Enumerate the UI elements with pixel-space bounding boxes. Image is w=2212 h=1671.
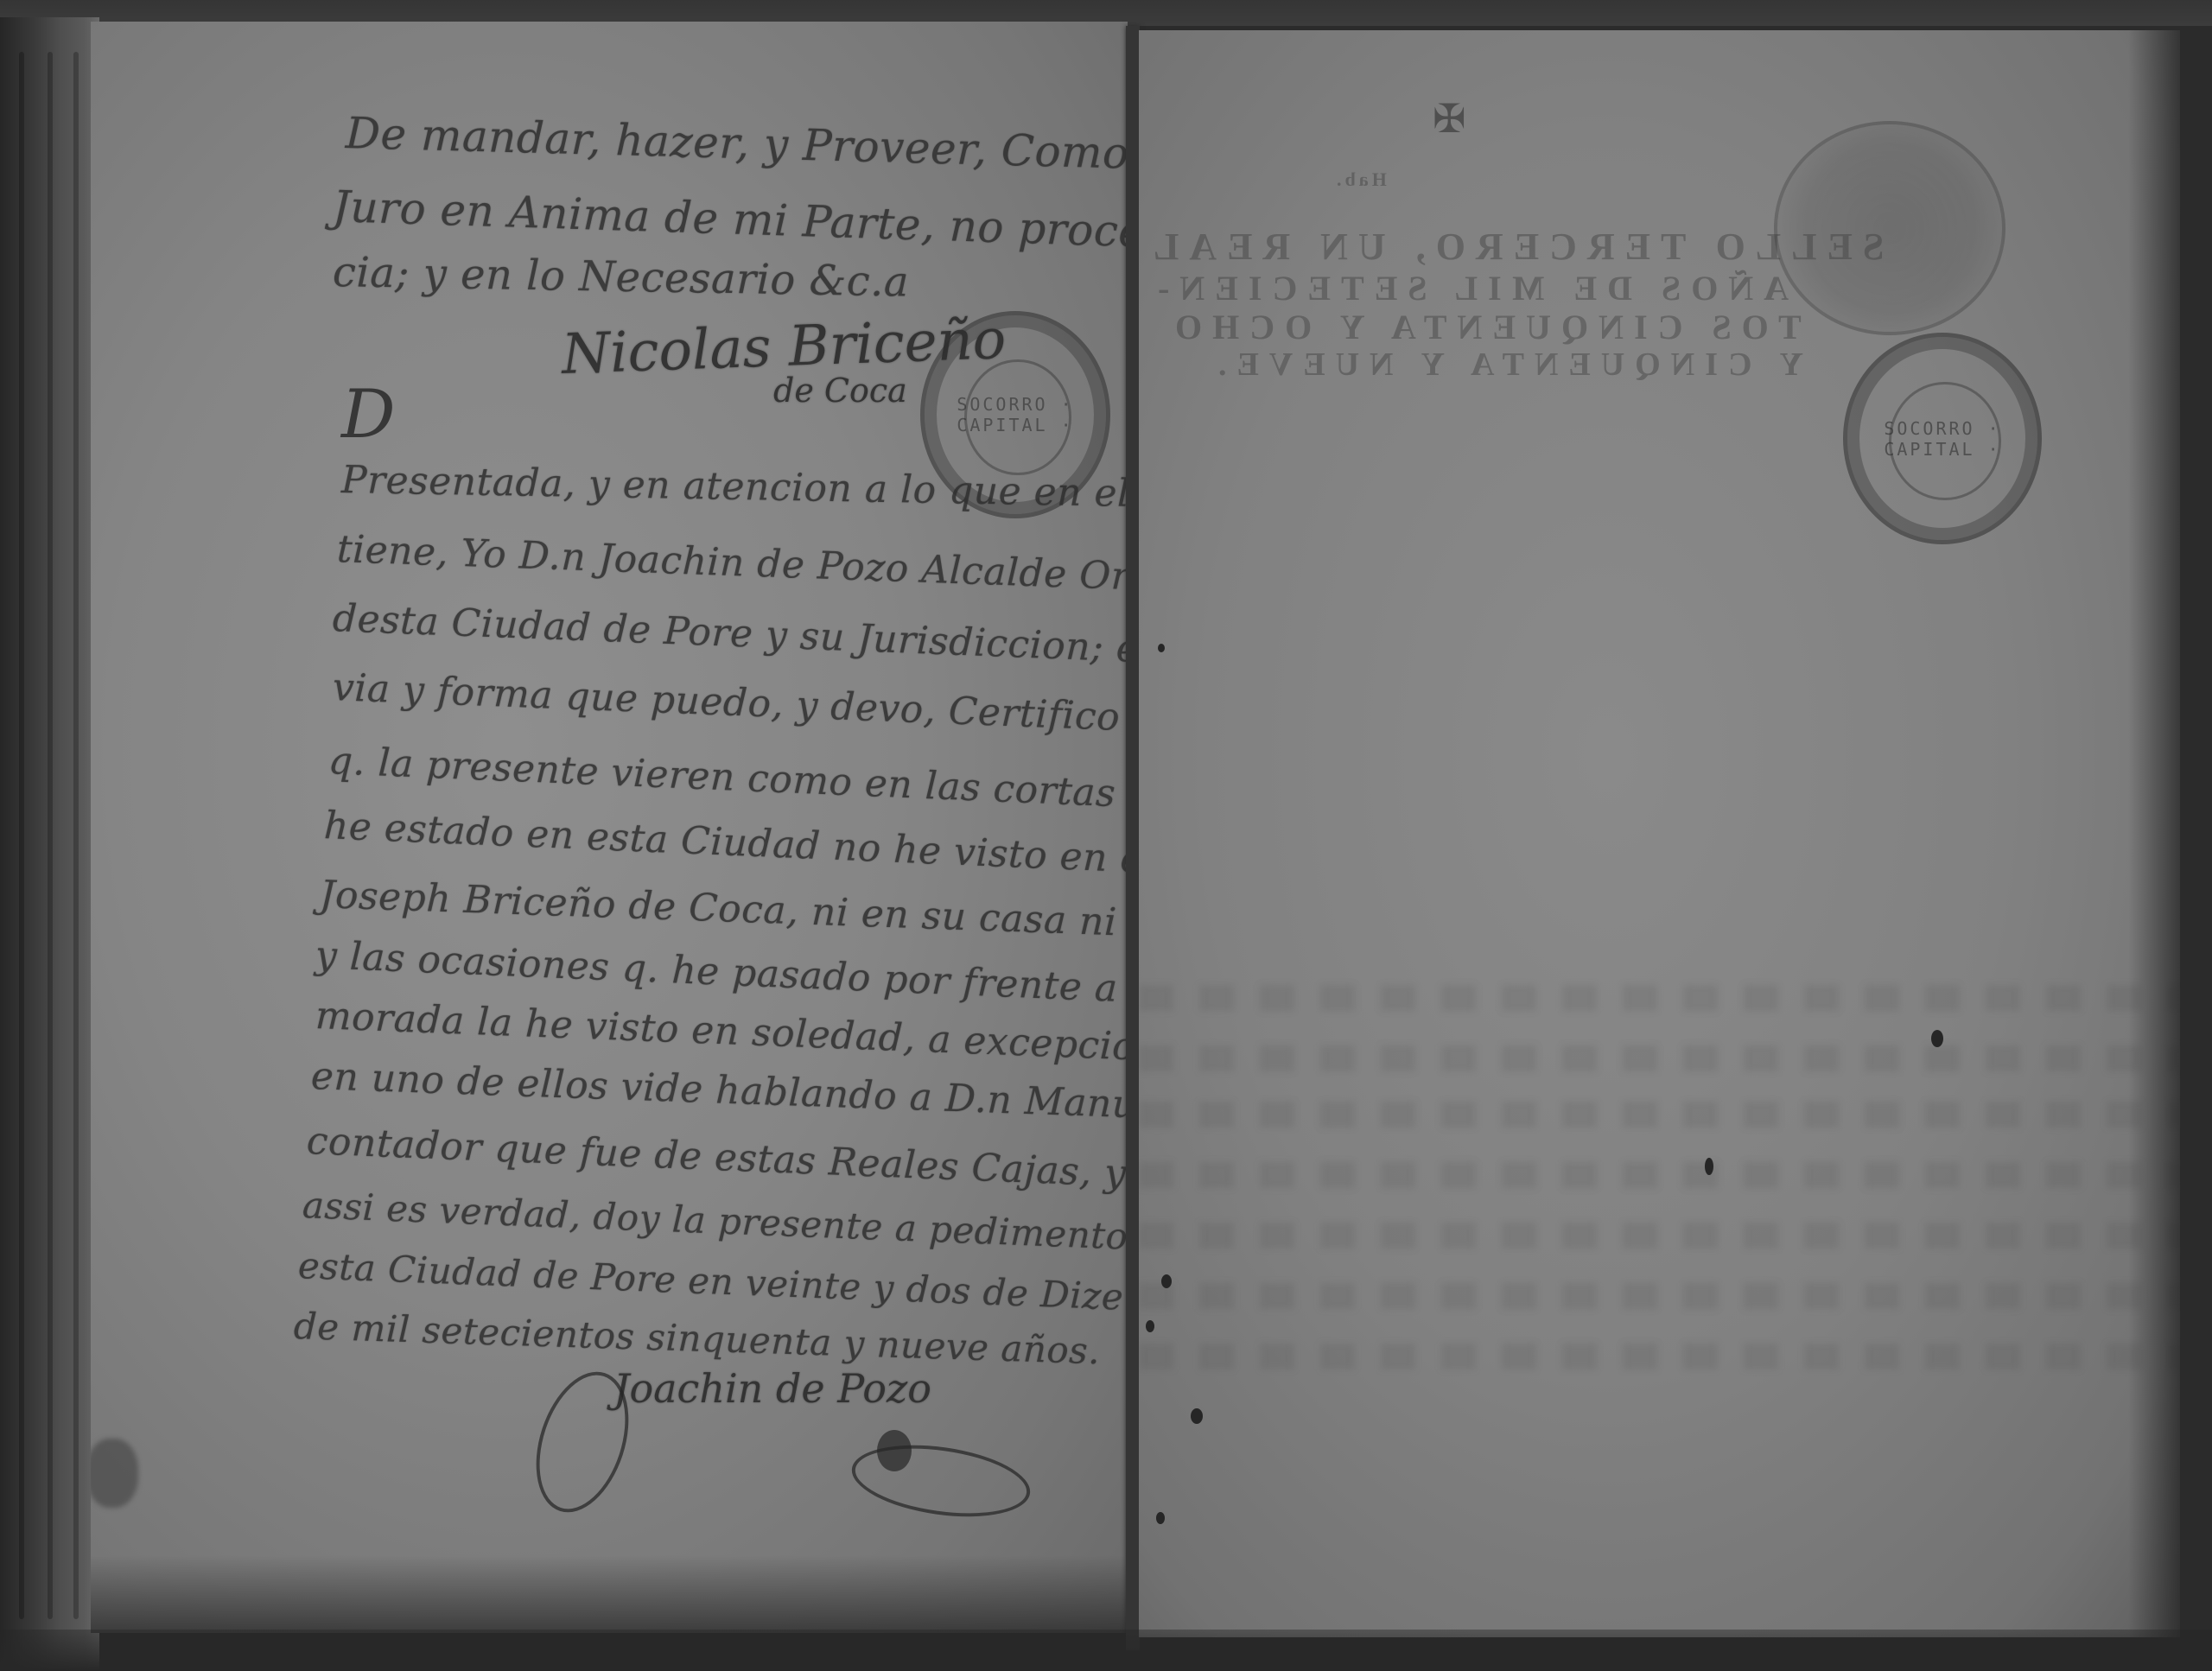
manuscript-line: via y forma que puedo, y devo, Certifico…: [332, 665, 1128, 750]
ink-dot: [1931, 1030, 1943, 1047]
book-binding: [0, 17, 99, 1671]
tax-stamp-seal: SOCORRO · CAPITAL ·: [1843, 333, 2042, 544]
printed-header-reversed: Y CINQUENTA Y NUEVE.: [1208, 346, 1803, 384]
seal-text: SOCORRO · CAPITAL ·: [1847, 418, 2037, 460]
signature-joachin-de-pozo: Joachin de Pozo: [613, 1365, 931, 1412]
manuscript-line: desta Ciudad de Pore y su Jurisdiccion; …: [332, 596, 1128, 678]
printed-cross-icon: ✠: [1433, 95, 1466, 142]
ink-dot: [1158, 644, 1165, 652]
printed-header-reversed: SELLO TERCERO, UN REAL: [1143, 225, 1884, 269]
bleed-through-seal: [1774, 121, 2005, 335]
manuscript-line: cia; y en lo Necesario &c.a: [333, 248, 910, 307]
page-gutter: [1126, 26, 1140, 1650]
binding-ridge: [19, 52, 24, 1619]
signature-suffix: de Coca: [773, 372, 907, 410]
binding-ridge: [73, 52, 79, 1619]
ink-dot: [1705, 1158, 1713, 1175]
manuscript-line: en uno de ellos vide hablando a D.n Manu…: [310, 1054, 1128, 1134]
ink-bleed-through: [1139, 1223, 2180, 1248]
signature-rubric-flourish: [848, 1435, 1035, 1527]
printed-header-small: Hab.: [1333, 168, 1387, 191]
ink-dot: [1161, 1274, 1172, 1288]
scanner-frame-bottom: [0, 1630, 2212, 1671]
ink-bleed-through: [1139, 1162, 2180, 1188]
left-page: De mandar, hazer, y Proveer, Como llevo …: [91, 22, 1128, 1633]
printed-header-reversed: TOS CINQUENTA Y OCHO: [1165, 307, 1802, 347]
ink-bleed-through: [1139, 1102, 2180, 1128]
right-page: ✠ Hab. SELLO TERCERO, UN REAL AÑOS DE MI…: [1139, 30, 2180, 1637]
ink-bleed-through: [1139, 1045, 2180, 1071]
binding-ridge: [48, 52, 53, 1619]
ink-blot: [877, 1430, 912, 1471]
ink-bleed-through: [1139, 1344, 2180, 1369]
manuscript-line: De mandar, hazer, y Proveer, Como llevo …: [345, 108, 1128, 187]
section-mark: D: [341, 376, 396, 454]
ink-bleed-through: [1139, 985, 2180, 1011]
manuscript-line: de mil setecientos sinquenta y nueve año…: [293, 1305, 1101, 1372]
ink-dot: [1156, 1512, 1165, 1524]
ink-dot: [1191, 1408, 1203, 1424]
printed-header-reversed: AÑOS DE MIL SETECIEN-: [1147, 268, 1789, 308]
ink-bleed-through: [1139, 1283, 2180, 1309]
water-stain: [91, 1439, 138, 1508]
manuscript-line: he estado en esta Ciudad no he visto en …: [323, 804, 1128, 887]
manuscript-line: tiene, Yo D.n Joachin de Pozo Alcalde Or…: [336, 527, 1128, 611]
tax-stamp-seal: SOCORRO · CAPITAL ·: [920, 311, 1110, 518]
ink-dot: [1146, 1320, 1154, 1332]
seal-text: SOCORRO · CAPITAL ·: [925, 394, 1106, 435]
